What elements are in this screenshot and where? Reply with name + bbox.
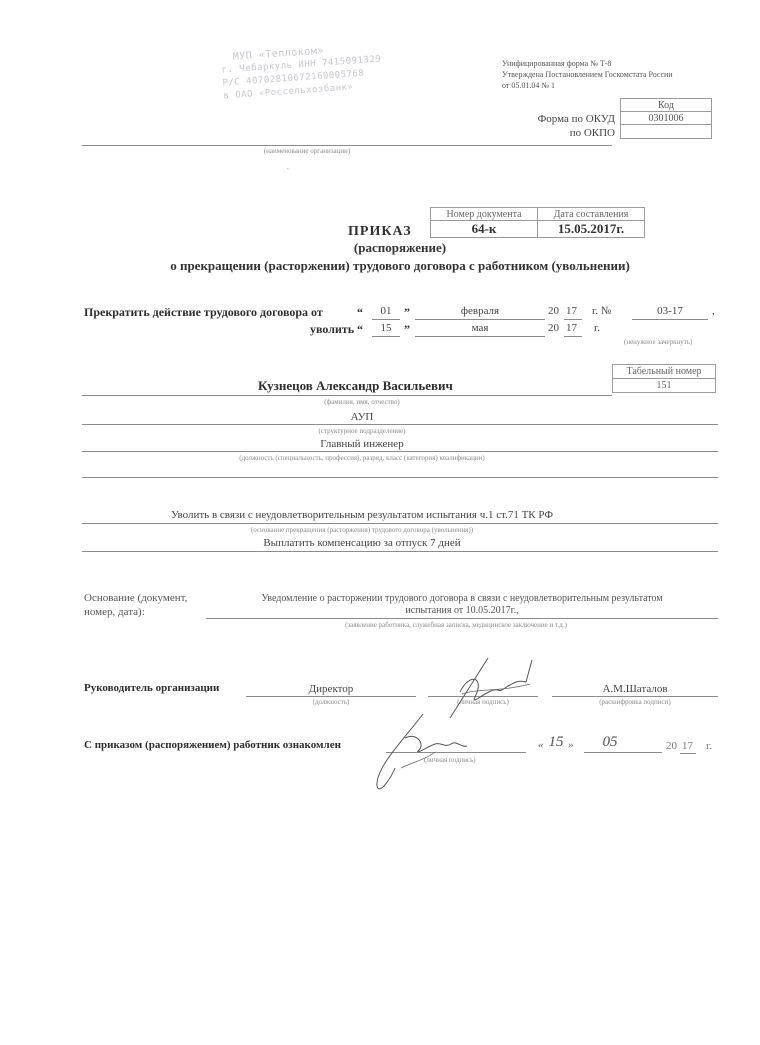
ack-label: С приказом (распоряжением) работник озна… — [84, 739, 341, 751]
form-number: Унифицированная форма № Т-8 — [502, 58, 673, 69]
document-date: 15.05.2017г. — [538, 221, 645, 238]
department-caption: (структурное подразделение) — [82, 427, 642, 435]
ack-year-prefix: 20 — [666, 740, 677, 752]
department: АУП — [82, 411, 642, 423]
basis-caption: (заявление работника, служебная записка,… — [206, 621, 706, 629]
dismiss-year-prefix: 20 — [548, 322, 559, 334]
quote-open: “ — [357, 322, 363, 337]
okpo-value — [621, 125, 712, 139]
tab-number-header: Табельный номер — [613, 365, 716, 379]
head-name-line — [552, 696, 718, 697]
organization-stamp: МУП «Теплоком» г. Чебаркуль ИНН 74150913… — [220, 40, 383, 103]
quote-close: ” — [404, 322, 410, 337]
tab-number-table: Табельный номер 151 — [612, 364, 716, 393]
contract-month: февраля — [415, 305, 545, 317]
head-name-caption: (расшифровка подписи) — [552, 698, 718, 706]
dismiss-year-line — [564, 336, 582, 337]
basis-text-line2: испытания от 10.05.2017г., — [206, 605, 718, 617]
codes-table: Код 0301006 — [620, 98, 712, 139]
dismiss-month-line — [415, 336, 545, 337]
document-title: ПРИКАЗ — [348, 224, 412, 240]
dismissal-reason: Уволить в связи с неудовлетворительным р… — [82, 509, 642, 521]
quote-close: ” — [404, 305, 410, 320]
reason-line — [82, 523, 718, 524]
contract-number-label: г. № — [592, 305, 611, 317]
position: Главный инженер — [82, 438, 642, 450]
head-position-line — [246, 696, 416, 697]
contract-day-line — [372, 319, 400, 320]
contract-year-line — [564, 319, 582, 320]
contract-year-prefix: 20 — [548, 305, 559, 317]
compensation: Выплатить компенсацию за отпуск 7 дней — [82, 537, 642, 549]
contract-day: 01 — [372, 305, 400, 317]
employee-signature — [355, 708, 485, 798]
document-subtitle: (распоряжение) — [340, 240, 460, 256]
organization-caption: (наименование организации) — [82, 147, 532, 155]
form-approval-date: от 05.01.04 № 1 — [502, 80, 673, 91]
contract-number: 03-17 — [632, 305, 708, 317]
form-approval-note: Унифицированная форма № Т-8 Утверждена П… — [502, 58, 673, 91]
contract-month-line — [415, 319, 545, 320]
document-number-header: Номер документа — [431, 208, 538, 221]
compensation-line — [82, 551, 718, 552]
okud-label: Форма по ОКУД — [538, 112, 615, 126]
basis-text: Уведомление о расторжении трудового дого… — [206, 593, 718, 617]
basis-label-line1: Основание (документ, — [84, 591, 187, 605]
head-label: Руководитель организации — [84, 682, 219, 694]
ack-year-suffix: г. — [706, 740, 712, 752]
form-approval: Утверждена Постановлением Госкомстата Ро… — [502, 69, 673, 80]
dismiss-day: 15 — [372, 322, 400, 334]
dismiss-label: уволить — [310, 322, 354, 337]
position-caption: (должность (специальность, профессия), р… — [82, 454, 642, 462]
dismiss-month: мая — [415, 322, 545, 334]
ack-day: 15 — [545, 734, 567, 751]
employee-name: Кузнецов Александр Васильевич — [258, 378, 453, 394]
tab-number: 151 — [613, 379, 716, 393]
basis-label-line2: номер, дата): — [84, 605, 187, 619]
head-position-caption: (должность) — [246, 698, 416, 706]
document-number-table: Номер документа Дата составления 64-к 15… — [430, 207, 645, 238]
basis-text-line1: Уведомление о расторжении трудового дого… — [206, 593, 718, 605]
ack-year-line — [680, 753, 696, 754]
contract-number-line — [632, 319, 708, 320]
organization-line — [82, 145, 612, 146]
comma: , — [712, 305, 715, 317]
department-line — [82, 424, 718, 425]
ack-month-line — [584, 752, 662, 753]
ack-month: 05 — [590, 734, 630, 751]
document-date-header: Дата составления — [538, 208, 645, 221]
blank-line — [82, 477, 718, 478]
head-position: Директор — [246, 683, 416, 695]
ack-year: 17 — [682, 740, 693, 752]
contract-year: 17 — [566, 305, 577, 317]
basis-label: Основание (документ, номер, дата): — [84, 591, 187, 619]
employee-name-caption: (фамилия, имя, отчество) — [82, 398, 642, 406]
dismiss-day-line — [372, 336, 400, 337]
head-name: А.М.Шаталов — [552, 683, 718, 695]
quote-open: “ — [357, 305, 363, 320]
position-line — [82, 451, 718, 452]
ack-quote-open: « — [538, 739, 544, 751]
strike-caption: (ненужное зачеркнуть) — [624, 338, 692, 346]
dismiss-year-suffix: г. — [594, 322, 600, 334]
document-number: 64-к — [431, 221, 538, 238]
code-header: Код — [621, 99, 712, 112]
okud-value: 0301006 — [621, 112, 712, 125]
dismiss-year: 17 — [566, 322, 577, 334]
document-about: о прекращении (расторжении) трудового до… — [100, 258, 700, 274]
reason-caption: (основание прекращения (расторжения) тру… — [82, 526, 642, 534]
basis-line — [206, 618, 718, 619]
ack-quote-close: » — [568, 739, 574, 751]
terminate-label: Прекратить действие трудового договора о… — [84, 305, 323, 320]
okpo-label: по ОКПО — [538, 126, 615, 140]
employee-name-line — [82, 395, 612, 396]
dot-mark: . — [287, 163, 289, 171]
code-labels: Форма по ОКУД по ОКПО — [538, 112, 615, 140]
